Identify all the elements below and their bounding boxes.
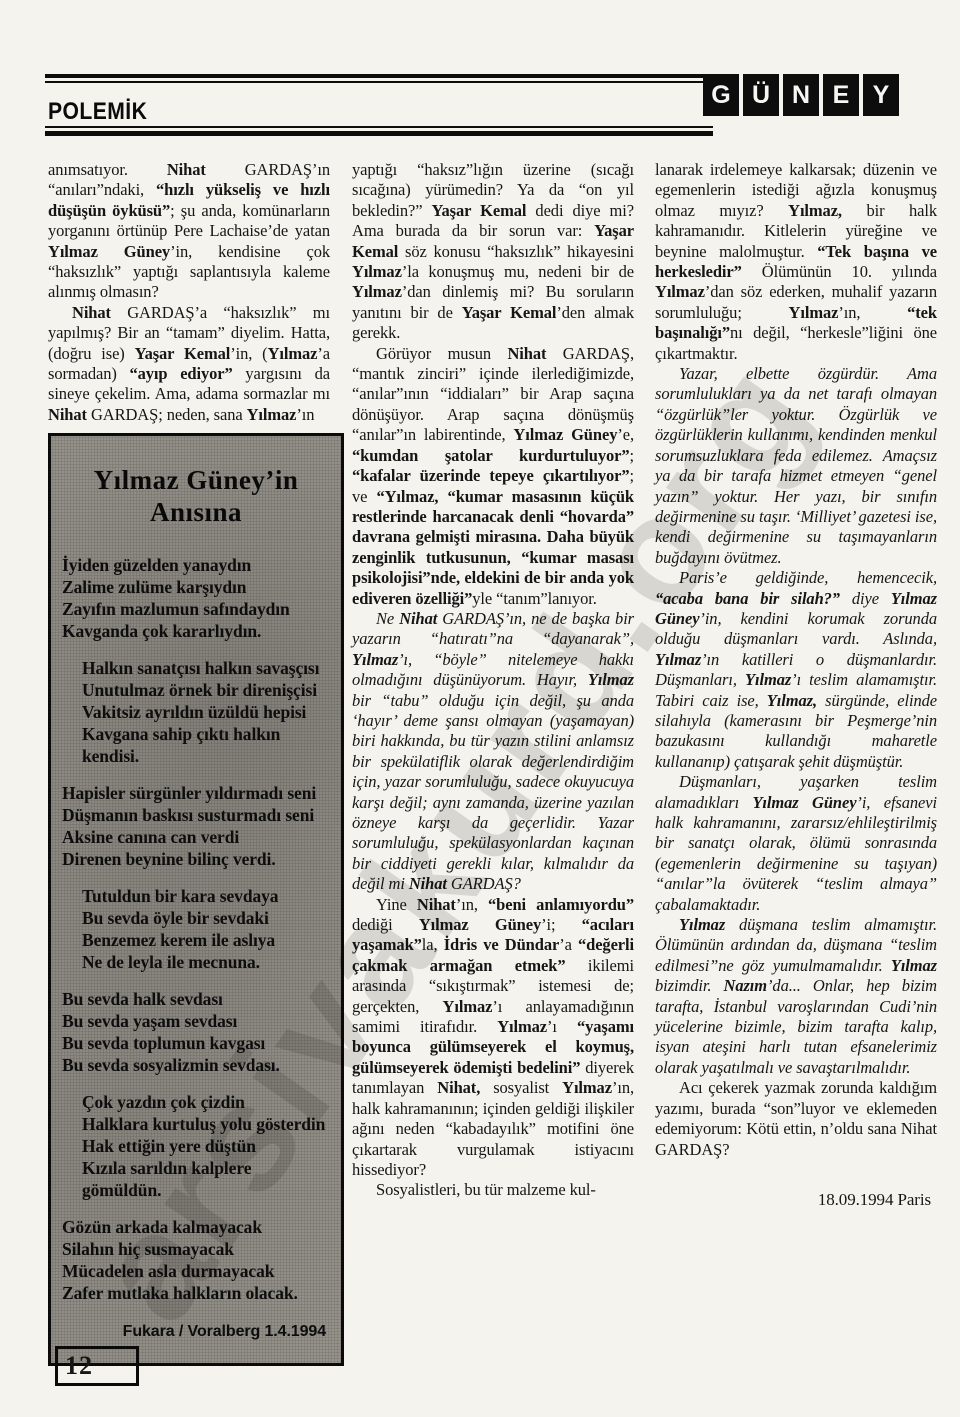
poem-stanza: İyiden güzelden yanaydın Zalime zulüme k… <box>62 554 330 642</box>
poem-line: Ne de leyla ile mecnuna. <box>82 951 330 973</box>
poem-line: Zafer mutlaka halkların olacak. <box>62 1282 330 1304</box>
poem-line: Zalime zulüme karşıydın <box>62 576 330 598</box>
poem-line: Kızıla sarıldın kalplere gömüldün. <box>82 1157 330 1201</box>
page-number-box: 12 <box>55 1346 139 1386</box>
page-number: 12 <box>58 1349 136 1383</box>
magazine-letter: N <box>783 74 819 116</box>
article-paragraph: Sosyalistleri, bu tür malzeme kul- <box>352 1180 634 1200</box>
article-paragraph: Düşmanları, yaşarken teslim alamadıkları… <box>655 772 937 915</box>
column-left: anımsatıyor. Nihat GARDAŞ’ın “anıları”nd… <box>48 160 330 1366</box>
poem-line: Hapisler sürgünler yıldırmadı seni <box>62 782 330 804</box>
magazine-letter: E <box>823 74 859 116</box>
header-rule-top-thin <box>45 81 713 83</box>
poem-line: Bu sevda halk sevdası <box>62 988 330 1010</box>
poem-line: Mücadelen asla durmayacak <box>62 1260 330 1282</box>
poem-line: Bu sevda yaşam sevdası <box>62 1010 330 1032</box>
column-middle: yaptığı “haksız”lığın üzerine (sıcağı sı… <box>352 160 634 1201</box>
magazine-letter: G <box>703 74 739 116</box>
poem-line: Bu sevda sosyalizmin sevdası. <box>62 1054 330 1076</box>
header-rule-bottom-thin <box>45 126 713 128</box>
poem-line: Kavgana sahip çıktı halkın kendisi. <box>82 723 330 767</box>
poem-line: Halkın sanatçısı halkın savaşçısı <box>82 657 330 679</box>
poem-line: Halklara kurtuluş yolu gösterdin <box>82 1113 330 1135</box>
poem-line: Aksine canına can verdi <box>62 826 330 848</box>
magazine-title: G Ü N E Y <box>703 74 899 116</box>
poem-stanza: Bu sevda halk sevdası Bu sevda yaşam sev… <box>62 988 330 1076</box>
poem-stanza: Hapisler sürgünler yıldırmadı seni Düşma… <box>62 782 330 870</box>
poem-line: İyiden güzelden yanaydın <box>62 554 330 576</box>
article-paragraph: Yine Nihat’ın, “beni anlamıyordu” dediği… <box>352 895 634 1181</box>
magazine-letter: Y <box>863 74 899 116</box>
poem-stanza: Halkın sanatçısı halkın savaşçısı Unutul… <box>62 657 330 767</box>
poem-line: Gözün arkada kalmayacak <box>62 1216 330 1238</box>
poem-signature: Fukara / Voralberg 1.4.1994 <box>62 1322 330 1342</box>
poem-title-line: Yılmaz Güney’in <box>62 464 330 496</box>
article-paragraph: lanarak irdelemeye kalkarsak; düzenin ve… <box>655 160 937 364</box>
article-paragraph: Nihat GARDAŞ’a “haksızlık” mı yapılmış? … <box>48 303 330 425</box>
poem-line: Silahın hiç susmayacak <box>62 1238 330 1260</box>
article-paragraph: Görüyor musun Nihat GARDAŞ, “mantık zinc… <box>352 344 634 609</box>
poem-line: Tutuldun bir kara sevdaya <box>82 885 330 907</box>
poem-line: Benzemez kerem ile aslıya <box>82 929 330 951</box>
poem-box: Yılmaz Güney’in Anısına İyiden güzelden … <box>48 433 344 1365</box>
article-paragraph: yaptığı “haksız”lığın üzerine (sıcağı sı… <box>352 160 634 344</box>
header-rule-top-thick <box>45 74 713 78</box>
poem-line: Düşmanın baskısı susturmadı seni <box>62 804 330 826</box>
poem-line: Bu sevda toplumun kavgası <box>62 1032 330 1054</box>
article-paragraph: Yazar, elbette özgürdür. Ama sorumlulukl… <box>655 364 937 568</box>
poem-line: Bu sevda öyle bir sevdaki <box>82 907 330 929</box>
poem-line: Zayıfın mazlumun safındaydın <box>62 598 330 620</box>
poem-line: Direnen beynine bilinç verdi. <box>62 848 330 870</box>
article-paragraph: anımsatıyor. Nihat GARDAŞ’ın “anıları”nd… <box>48 160 330 303</box>
poem-title: Yılmaz Güney’in Anısına <box>62 464 330 528</box>
poem-stanza: Tutuldun bir kara sevdaya Bu sevda öyle … <box>62 885 330 973</box>
article-paragraph: Yılmaz düşmana teslim almamıştır. Ölümün… <box>655 915 937 1078</box>
header-rule-bottom-thick <box>45 131 713 136</box>
poem-line: Çok yazdın çok çizdin <box>82 1091 330 1113</box>
article-paragraph: Acı çekerek yazmak zorunda kaldığım yazı… <box>655 1078 937 1160</box>
article-paragraph: Paris’e geldiğinde, hemencecik, “acaba b… <box>655 568 937 772</box>
column-right: lanarak irdelemeye kalkarsak; düzenin ve… <box>655 160 937 1210</box>
poem-line: Kavganda çok kararlıydın. <box>62 620 330 642</box>
magazine-letter: Ü <box>743 74 779 116</box>
poem-stanza: Çok yazdın çok çizdin Halklara kurtuluş … <box>62 1091 330 1201</box>
poem-line: Vakitsiz ayrıldın üzüldü hepisi <box>82 701 330 723</box>
dateline: 18.09.1994 Paris <box>655 1190 937 1210</box>
section-label: POLEMİK <box>48 99 147 125</box>
article-paragraph: Ne Nihat GARDAŞ’ın, ne de başka bir yaza… <box>352 609 634 895</box>
poem-line: Unutulmaz örnek bir direnişçisi <box>82 679 330 701</box>
poem-line: Hak ettiğin yere düştün <box>82 1135 330 1157</box>
poem-title-line: Anısına <box>62 496 330 528</box>
poem-stanza: Gözün arkada kalmayacak Silahın hiç susm… <box>62 1216 330 1304</box>
